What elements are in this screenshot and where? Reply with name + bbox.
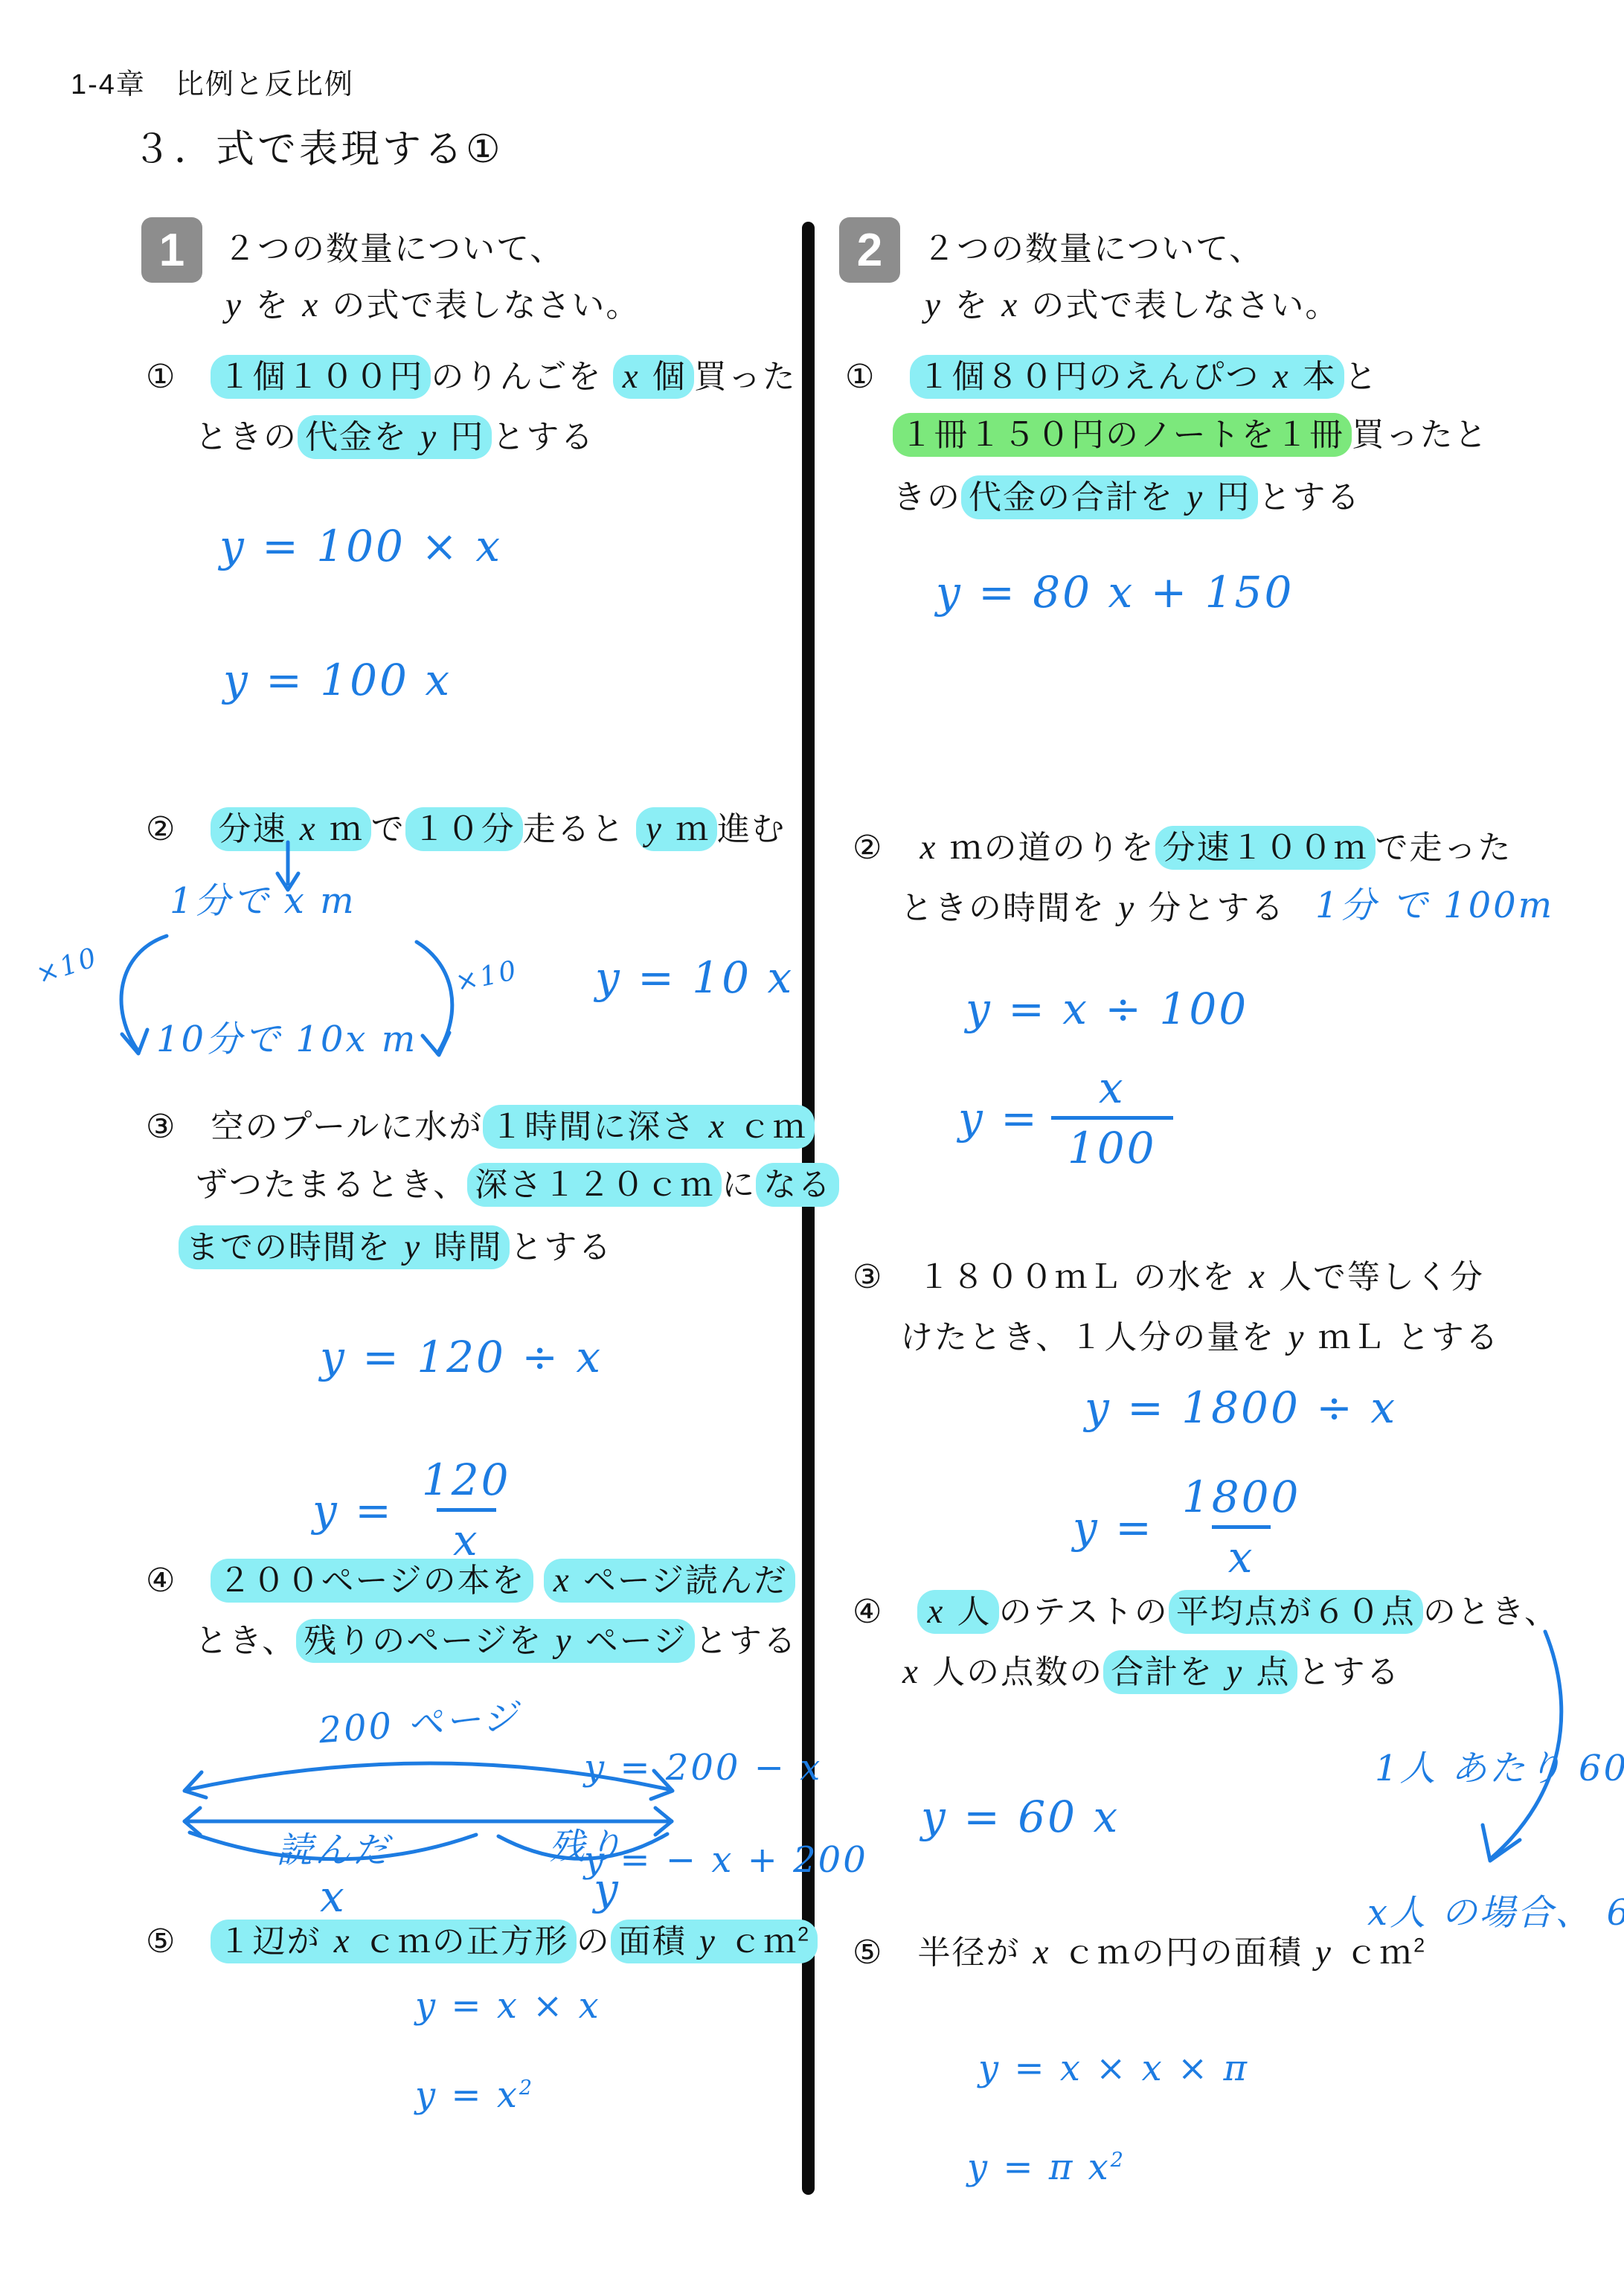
p1-q1-line2: ときの代金を y 円とする bbox=[195, 411, 594, 462]
p2-q2-line2: ときの時間を y 分とする bbox=[900, 882, 1285, 933]
p1-q3-line1: ③ 空のプールに水が１時間に深さ x ｃｍ bbox=[146, 1101, 815, 1152]
p1-q4-line1: ④ ２００ページの本を x ページ読んだ bbox=[146, 1555, 795, 1606]
p1-q1-line1: ① １個１００円のりんごを x 個買った bbox=[146, 351, 797, 402]
p1-q2-answer: y = 10 x bbox=[595, 952, 794, 1003]
equation-lhs: y = bbox=[1073, 1502, 1154, 1553]
fraction-numerator: 120 bbox=[405, 1455, 527, 1508]
equation-lhs: y = bbox=[958, 1093, 1039, 1144]
p2-q2-line1: ② x ｍの道のりを分速１００ｍで走った bbox=[853, 822, 1512, 873]
p1-q3-line2: ずつたまるとき、深さ１２０ｃｍになる bbox=[195, 1161, 839, 1209]
fraction-denominator: x bbox=[1212, 1525, 1271, 1582]
exponent: 2 bbox=[519, 2077, 534, 2100]
times-ten-right-arrow-icon bbox=[408, 936, 478, 1070]
p1-intro-line1: ２つの数量について、 bbox=[223, 225, 564, 273]
p2-q5-line: ⑤ 半径が x ｃｍの円の面積 y ｃｍ2 bbox=[853, 1927, 1426, 1978]
p2-q1-answer: y = 80 x + 150 bbox=[936, 567, 1294, 618]
p1-q4-read-var: x bbox=[320, 1871, 347, 1922]
p2-q4-note1: 1人 あたり 60点 bbox=[1375, 1739, 1624, 1791]
p1-q5-answer2: y = x2 bbox=[415, 2074, 534, 2116]
page-title: ３．式で表現する① bbox=[132, 118, 504, 173]
p2-q1-line3: きの代金の合計を y 円とする bbox=[893, 472, 1361, 522]
p2-q3-answer-fraction: y = 1800 x bbox=[1073, 1472, 1317, 1582]
fraction: x 100 bbox=[1051, 1062, 1173, 1173]
p2-intro-line1: ２つの数量について、 bbox=[922, 225, 1263, 273]
p1-q2-x10-left-label: ×10 bbox=[33, 942, 102, 990]
p1-q3-answer-fraction: y = 120 x bbox=[312, 1455, 527, 1565]
p2-q5-answer2: y = π x2 bbox=[967, 2146, 1126, 2188]
p1-q5-answer1: y = x × x bbox=[415, 1985, 601, 2027]
p2-q3-line2: けたとき、１人分の量を y ｍＬ とする bbox=[900, 1312, 1500, 1362]
p2-q4-line2: x 人の点数の合計を y 点とする bbox=[900, 1646, 1400, 1697]
fraction-numerator: 1800 bbox=[1166, 1472, 1318, 1525]
p1-q5-line: ⑤ １辺が x ｃｍの正方形の面積 y ｃｍ2 bbox=[146, 1916, 818, 1966]
p2-q2-note: 1分 で 100m bbox=[1315, 876, 1554, 928]
p1-q2-line: ② 分速 x ｍで１０分走ると y ｍ進む bbox=[146, 804, 786, 854]
p2-q5-answer1: y = x × x × π bbox=[978, 2048, 1249, 2089]
fraction-denominator: 100 bbox=[1051, 1116, 1173, 1173]
fraction-numerator: x bbox=[1082, 1062, 1142, 1116]
p2-q2-answer-fraction: y = x 100 bbox=[958, 1062, 1173, 1173]
p1-q1-answer1: y = 100 × x bbox=[219, 521, 502, 571]
p1-q4-answer1: y = 200 − x bbox=[584, 1747, 822, 1789]
p1-q3-line3: までの時間を y 時間とする bbox=[179, 1222, 612, 1272]
p1-q2-note2: 10分で 10x m bbox=[156, 1010, 417, 1062]
chapter-heading: 1-4章 比例と反比例 bbox=[71, 61, 354, 102]
fraction: 1800 x bbox=[1166, 1472, 1318, 1582]
p1-q4-line2: とき、残りのページを y ページとする bbox=[195, 1615, 797, 1666]
p2-q3-answer1: y = 1800 ÷ x bbox=[1085, 1382, 1397, 1433]
p1-q4-answer2: y = − x + 200 bbox=[584, 1839, 868, 1881]
problem2-number-badge: 2 bbox=[839, 217, 900, 283]
p2-intro-line2: y を x の式で表しなさい。 bbox=[922, 280, 1339, 330]
equation-lhs: y = bbox=[312, 1485, 394, 1536]
equation-text: y = x bbox=[415, 2074, 519, 2116]
p1-intro-line2: y を x の式で表しなさい。 bbox=[223, 280, 640, 330]
p2-q4-answer: y = 60 x bbox=[921, 1792, 1120, 1842]
p1-q4-read-label: 読んだ bbox=[277, 1821, 391, 1873]
p1-q2-note1: 1分で x m bbox=[170, 872, 356, 923]
p2-q1-line1: ① １個８０円のえんぴつ x 本と bbox=[845, 351, 1379, 402]
equation-text: y = π x bbox=[967, 2146, 1111, 2188]
p2-q1-line2: １冊１５０円のノートを１冊買ったと bbox=[893, 411, 1489, 459]
p2-q2-answer1: y = x ÷ 100 bbox=[966, 984, 1248, 1034]
p1-q1-answer2: y = 100 x bbox=[223, 655, 452, 705]
p2-q3-line1: ③ １８００ｍＬ の水を x 人で等しく分 bbox=[853, 1251, 1484, 1302]
problem1-number-badge: 1 bbox=[141, 217, 202, 283]
p1-q3-answer1: y = 120 ÷ x bbox=[320, 1332, 603, 1382]
fraction: 120 x bbox=[405, 1455, 527, 1565]
exponent: 2 bbox=[1111, 2149, 1126, 2172]
worksheet-page: 1-4章 比例と反比例 ３．式で表現する① 1 ２つの数量について、 y を x… bbox=[0, 0, 1624, 2296]
